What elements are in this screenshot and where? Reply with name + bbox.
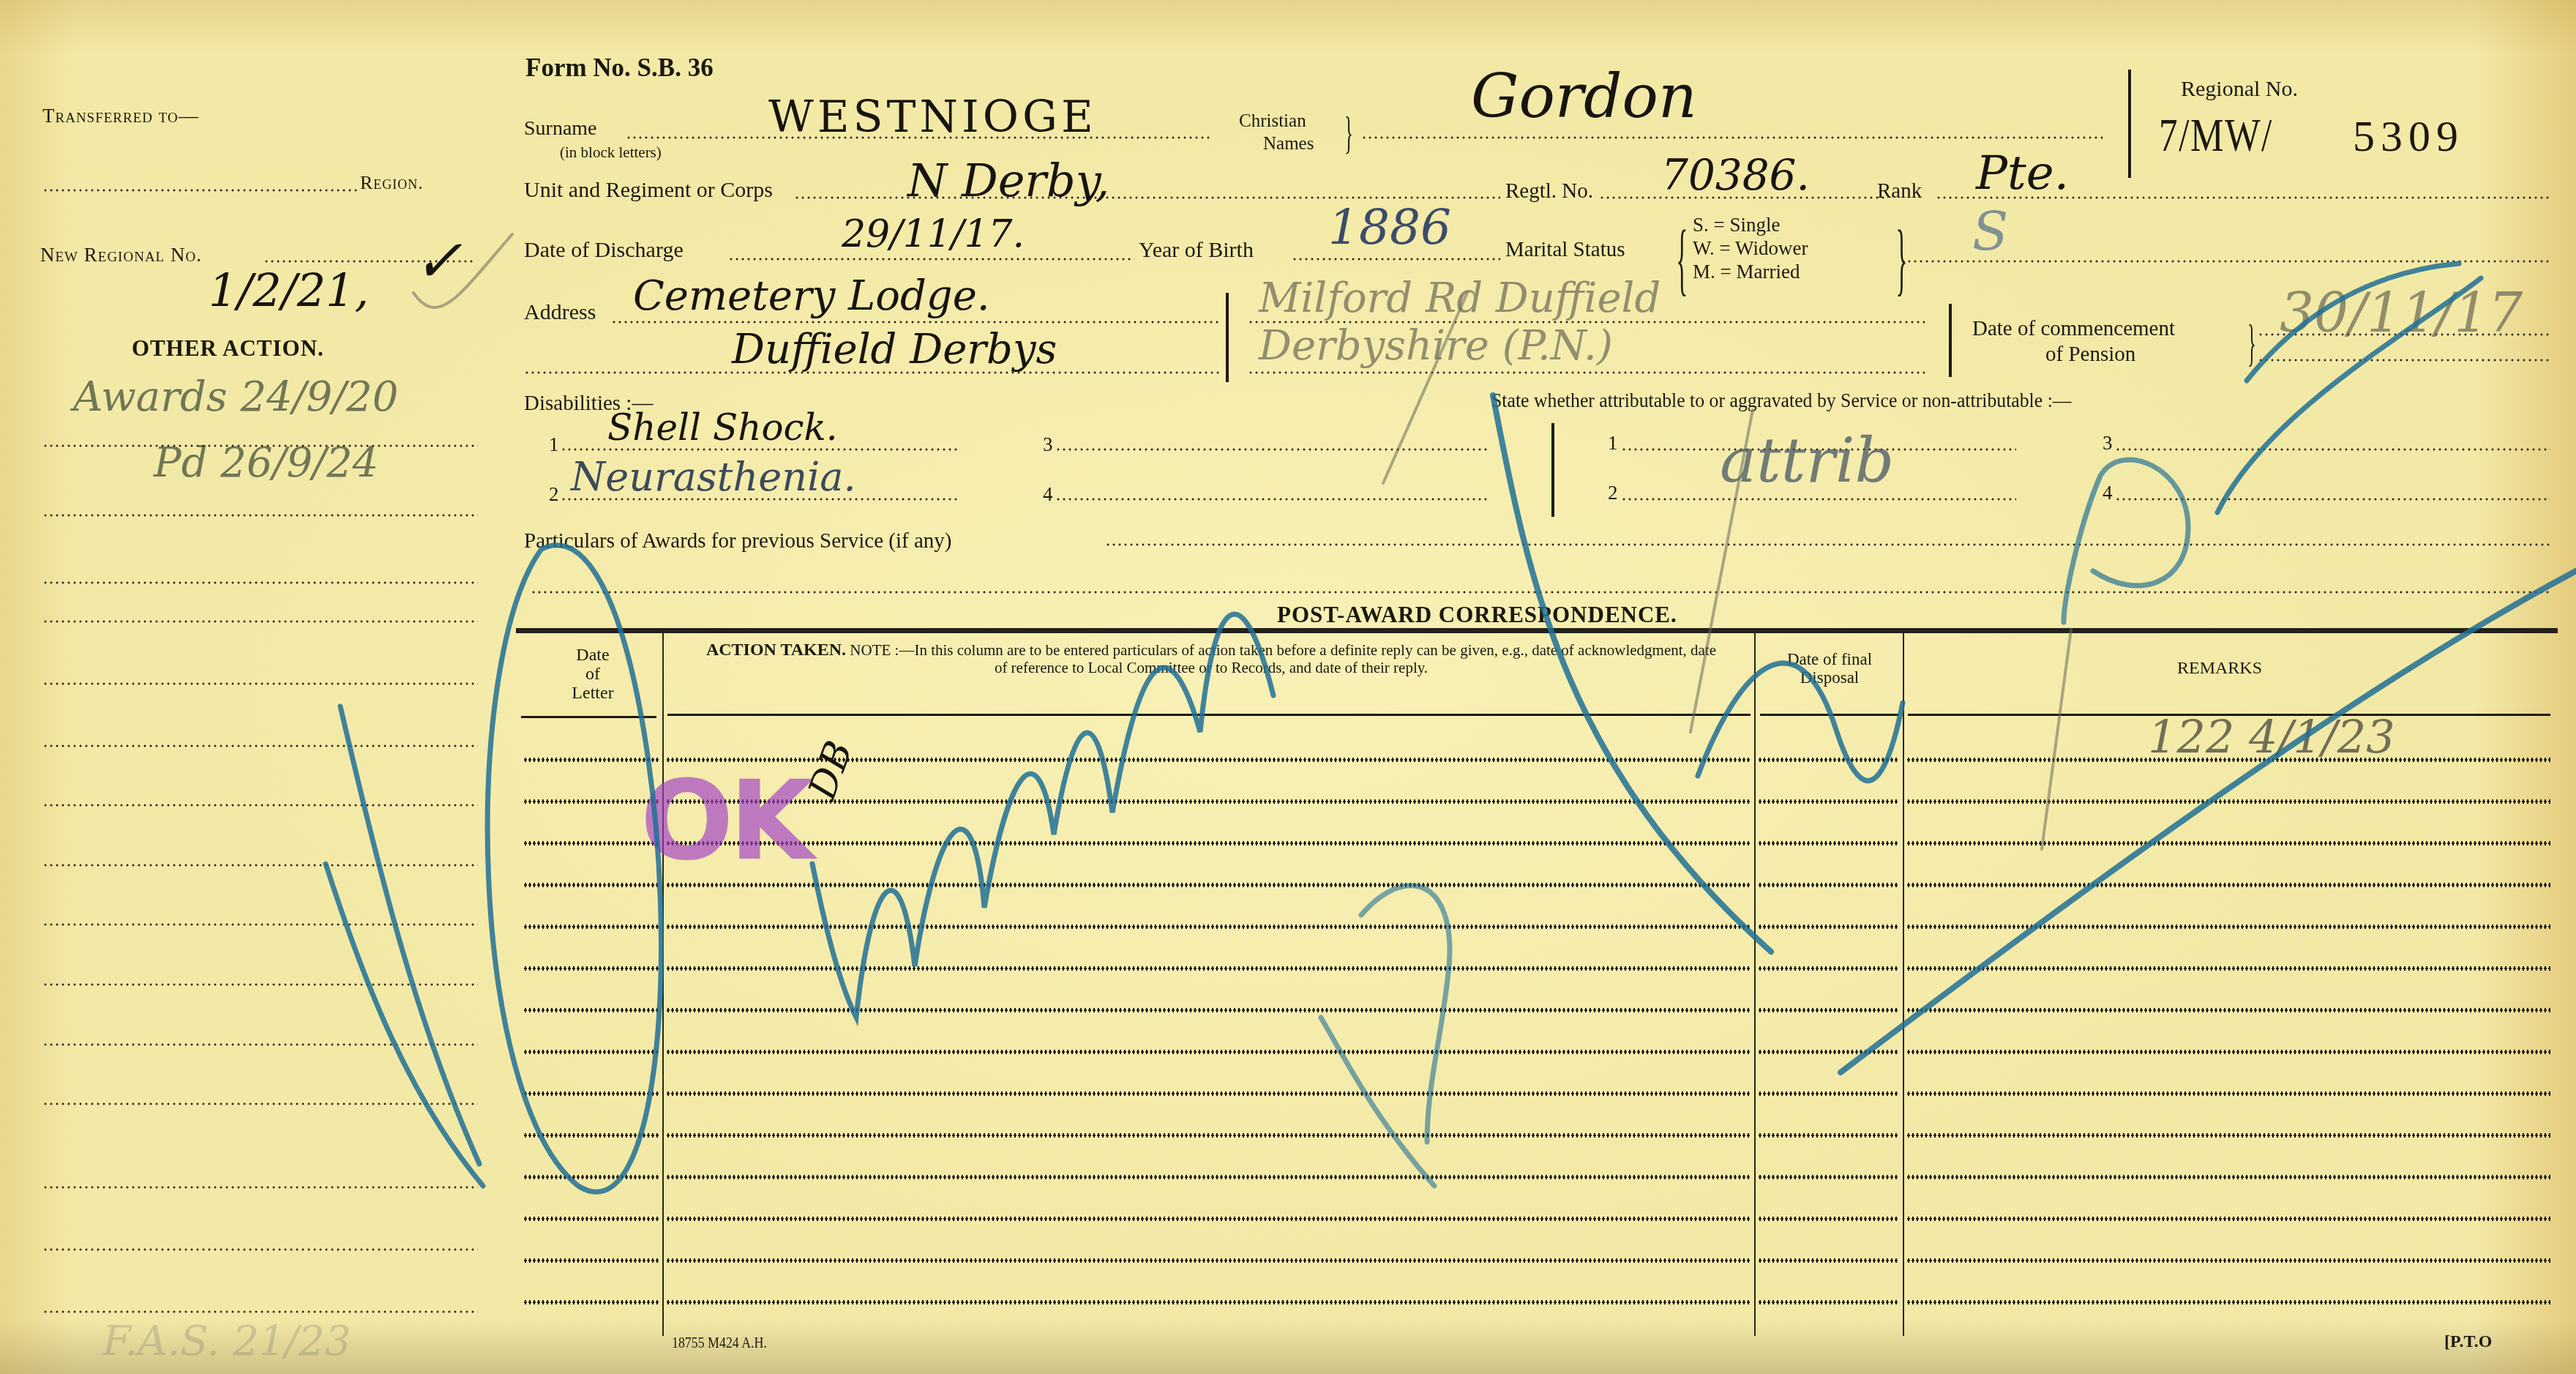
table-row-line [1758,966,1899,971]
table-row-line [1758,1133,1899,1138]
table-row-line [523,966,659,971]
table-row-line [523,799,659,804]
regional-no-divider [2128,70,2131,178]
table-row-line [1906,925,2550,929]
year-of-birth-line [1292,258,1500,261]
left-line [42,1102,478,1105]
christian-names-brace: } [1344,108,1353,160]
crayon-five [2064,460,2188,622]
table-row-line [1906,799,2550,804]
awards-line-1 [1105,543,2550,546]
disability-value-2: Neurasthenia. [571,454,856,500]
marital-status-label: Marital Status [1505,238,1625,262]
new-regional-no-label: New Regional No. [40,244,202,266]
table-row-line [523,1258,659,1263]
crayon-one [1321,1018,1434,1186]
marital-status-value: S [1972,201,2008,263]
rank-label: Rank [1877,179,1922,204]
surname-value: WESTNIOGE [768,92,1097,143]
other-action-note-1: Awards 24/9/20 [73,373,398,421]
address-alt-line-2-value: Derbyshire (P.N.) [1259,322,1613,370]
col-divider-action [1754,633,1756,1336]
correspondence-top-rule [516,628,2558,633]
blue-crayon-annotations [0,0,2576,1374]
disability-line-4 [1055,498,1487,501]
pension-brace: } [2247,315,2256,373]
disability-num-3: 3 [1043,433,1053,456]
christian-names-value: Gordon [1471,62,1697,132]
table-row-line [666,1133,1751,1138]
table-row-line [1758,925,1899,929]
table-row-line [1906,1008,2550,1012]
christian-names-label-2: Names [1263,134,1314,154]
col-header-date-of-letter: Date of Letter [523,646,662,703]
table-row-line [1758,799,1899,804]
pension-divider [1949,304,1952,377]
surname-sublabel: (in block letters) [560,143,662,162]
col-divider-date-letter [662,633,664,1336]
disability-num-4: 4 [1043,483,1053,506]
col-divider-disposal [1903,633,1904,1336]
table-row-line [666,966,1751,971]
table-row-line [666,1050,1751,1054]
left-line [42,804,478,807]
remarks-entry: 122 4/1/23 [2148,710,2395,763]
table-row-line [1758,1175,1899,1179]
left-line [42,1248,478,1251]
action-taken-title: ACTION TAKEN. [706,641,846,660]
table-row-line [1906,1258,2550,1263]
regional-no-value: 5309 [2353,111,2464,162]
address-line-1 [611,321,1218,324]
header-bottom-rule-action [667,714,1751,716]
new-regional-no-value: 1/2/21, [209,264,369,317]
attributable-line-3 [2115,448,2550,451]
left-line [42,444,478,447]
christian-names-line [1361,136,2104,139]
left-line [42,620,478,623]
table-row-line [1758,758,1899,762]
address-line-1-value: Cemetery Lodge. [633,272,990,320]
attributable-divider [1551,423,1554,517]
region-label: Region. [360,172,424,194]
marital-option-single: S. = Single [1693,214,1781,236]
action-taken-note: NOTE :—In this column are to be entered … [850,641,1716,676]
table-row-line [523,1300,659,1304]
address-alt-line-2 [1248,371,1925,374]
table-row-line [1758,883,1899,887]
christian-names-label-1: Christian [1239,111,1306,132]
date-of-discharge-value: 29/11/17. [842,212,1025,256]
col-header-remarks: REMARKS [2177,659,2262,679]
table-row-line [666,925,1751,929]
col-header-date-of-letter-line2: of [523,665,662,684]
awards-line-2 [531,591,2550,594]
regtl-no-label: Regtl. No. [1505,179,1593,204]
marital-status-brace-left: { [1676,212,1688,305]
date-of-discharge-label: Date of Discharge [524,238,684,263]
col-header-date-of-letter-line1: Date [523,646,662,665]
address-divider [1226,293,1229,382]
table-row-line [666,883,1751,887]
marital-option-married: M. = Married [1693,261,1800,283]
table-row-line [1906,841,2550,845]
address-label: Address [524,300,596,325]
left-line [42,864,478,867]
year-of-birth-value: 1886 [1328,199,1451,255]
awards-label: Particulars of Awards for previous Servi… [524,529,951,553]
faint-note: F.A.S. 21/23 [102,1318,351,1365]
table-row-line [1906,966,2550,971]
col-header-date-of-letter-line3: Letter [523,684,662,703]
table-row-line [1758,1050,1899,1054]
surname-label: Surname [524,117,597,141]
check-mark: ✓ [413,227,463,295]
transferred-to-line [42,189,357,192]
pension-line-2 [2258,359,2550,362]
attributable-line-2 [1621,498,2016,501]
attributable-num-1: 1 [1608,432,1618,455]
col-header-disposal-line1: Date of final [1756,650,1903,668]
pencil-stroke-3 [2042,630,2071,849]
disability-num-2: 2 [549,483,559,506]
table-row-line [1906,1050,2550,1054]
transferred-to-label: Transferred to— [42,105,199,127]
left-line [42,983,478,986]
pension-value: 30/11/17 [2280,282,2523,345]
table-row-line [1906,1217,2550,1221]
year-of-birth-label: Year of Birth [1139,238,1254,263]
table-row-line [1906,1091,2550,1096]
col-header-action-taken: ACTION TAKEN. NOTE :—In this column are … [699,641,1723,676]
table-row-line [666,841,1751,845]
marital-option-widower: W. = Widower [1693,237,1808,260]
correspondence-title: POST-AWARD CORRESPONDENCE. [1277,602,1677,628]
crayon-stroke-left-2 [326,864,483,1186]
unit-value: N Derby, [907,154,1109,207]
table-row-line [1758,1217,1899,1221]
rank-value: Pte. [1976,146,2069,201]
left-line [42,744,478,747]
other-action-label: OTHER ACTION. [132,335,324,362]
table-row-line [1906,1300,2550,1304]
table-row-line [523,1091,659,1096]
pension-label-1: Date of commencement [1972,317,2175,341]
left-line [42,1186,478,1189]
col-header-disposal-line2: Disposal [1756,668,1903,687]
attributable-label: State whether attributable to or aggrava… [1491,389,2072,413]
table-row-line [1906,883,2550,887]
table-row-line [1758,1258,1899,1263]
table-row-line [523,925,659,929]
disability-value-1: Shell Shock. [607,406,838,449]
disability-line-3 [1055,448,1487,451]
left-line [42,1310,478,1313]
attributable-line-4 [2115,498,2550,501]
crayon-diagonal [1841,571,2576,1072]
table-row-line [666,1091,1751,1096]
left-line [42,581,478,584]
regtl-no-value: 70386. [1661,150,1810,200]
table-row-line [1758,1008,1899,1012]
table-row-line [666,1175,1751,1179]
table-row-line [1758,841,1899,845]
marital-status-brace-right: } [1895,212,1907,305]
footer-code: 18755 M424 A.H. [672,1334,767,1352]
header-bottom-rule-left [521,716,656,718]
table-row-line [666,1300,1751,1304]
address-alt-line-1-value: Milford Rd Duffield [1259,275,1660,322]
date-of-discharge-line [728,258,1134,261]
table-row-line [666,1258,1751,1263]
attributable-num-2: 2 [1608,482,1618,504]
table-row-line [666,1217,1751,1221]
disability-num-1: 1 [549,433,559,456]
table-row-line [523,1050,659,1054]
form-number: Form No. S.B. 36 [525,53,714,83]
regional-no-prefix: 7/MW/ [2159,108,2273,163]
attributable-value-1: attrib [1720,425,1894,496]
table-row-line [523,758,659,762]
table-row-line [1906,1175,2550,1179]
attributable-num-4: 4 [2103,482,2113,504]
ok-stamp: OK [640,758,810,885]
table-row-line [523,883,659,887]
address-line-2-value: Duffield Derbys [732,326,1057,373]
left-line [42,1043,478,1046]
table-row-line [523,841,659,845]
table-row-line [523,1133,659,1138]
table-row-line [1758,1300,1899,1304]
pto-label: [P.T.O [2444,1332,2492,1352]
left-line [42,923,478,926]
attributable-num-3: 3 [2103,432,2113,455]
left-line [42,682,478,685]
pension-label-2: of Pension [2045,343,2135,367]
left-line [42,514,478,517]
table-row-line [666,1008,1751,1012]
header-bottom-rule-disposal [1760,714,1899,716]
table-row-line [523,1175,659,1179]
crayon-stroke-left [340,706,479,1164]
regional-no-label: Regional No. [2181,77,2298,102]
unit-label: Unit and Regiment or Corps [524,178,773,203]
table-row-line [523,1217,659,1221]
table-row-line [1758,1091,1899,1096]
table-row-line [1906,1133,2550,1138]
col-header-date-of-final-disposal: Date of final Disposal [1756,650,1903,687]
table-row-line [523,1008,659,1012]
